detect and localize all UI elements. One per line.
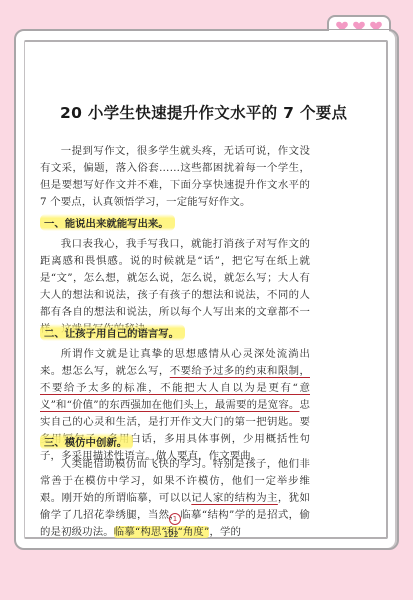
- page-number: 122: [26, 530, 316, 539]
- document-page: 20 小学生快速提升作文水平的 7 个要点 一提到写作文，很多学生就头疼，无话可…: [26, 44, 384, 534]
- underlined-text: 记人家的结构为主: [191, 492, 277, 504]
- tab-joint: [329, 30, 389, 35]
- section-paragraph-1: 我口表我心，我手写我口，就能打消孩子对写作文的距离感和畏惧感。说的时候就是“话”…: [40, 236, 310, 338]
- annotation-circle-mark: 1: [169, 513, 181, 525]
- section-heading-1: 一、能说出来就能写出来。: [40, 214, 175, 231]
- section-heading-2: 二、让孩子用自己的语言写。: [40, 324, 185, 341]
- intro-paragraph: 一提到写作文，很多学生就头疼，无话可说，作文没有文采，偏题，落入俗套……这些都困…: [40, 143, 310, 211]
- section-paragraph-3: 人类能借助模仿而飞快的学习。特别是孩子，他们非常善于在模仿中学习，如果不许模仿，…: [40, 456, 310, 541]
- page-title: 20 小学生快速提升作文水平的 7 个要点: [60, 101, 347, 123]
- section-heading-3: 三、模仿中创新。: [40, 433, 133, 450]
